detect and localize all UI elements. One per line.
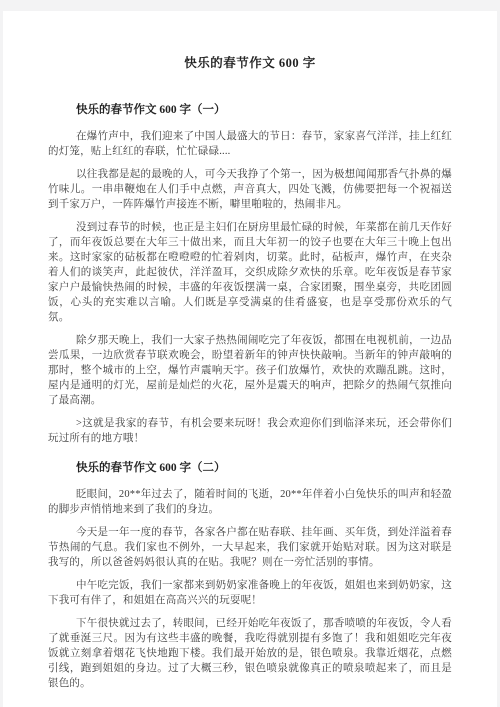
essay-section-two: 快乐的春节作文 600 字（二） 眨眼间，20**年过去了，随着时间的飞逝，20… xyxy=(48,461,452,691)
screenshot-canvas: 快乐的春节作文 600 字 快乐的春节作文 600 字（一） 在爆竹声中，我们迎… xyxy=(0,0,500,707)
paragraph: 眨眼间，20**年过去了，随着时间的飞逝，20**年伴着小白兔快乐的叫声和轻盈的… xyxy=(48,487,452,517)
paragraph: 在爆竹声中，我们迎来了中国人最盛大的节日：春节，家家喜气洋洋，挂上红红的灯笼，贴… xyxy=(48,129,452,159)
section-two-heading: 快乐的春节作文 600 字（二） xyxy=(48,461,452,476)
paragraph: 以往我都是起的最晚的人，可今天我挣了个第一，因为极想闻闻那香气扑鼻的爆竹味儿。一… xyxy=(48,167,452,212)
paragraph: 中午吃完饭，我们一家都来到奶奶家准备晚上的年夜饭，姐姐也来到奶奶家，这下我可有伴… xyxy=(48,578,452,608)
essay-section-one: 快乐的春节作文 600 字（一） 在爆竹声中，我们迎来了中国人最盛大的节日：春节… xyxy=(48,103,452,446)
paragraph: 没到过春节的时候，也正是主妇们在厨房里最忙碌的时候，年菜都在前几天作好了，而年夜… xyxy=(48,220,452,325)
page-title: 快乐的春节作文 600 字 xyxy=(48,55,452,71)
document-page: 快乐的春节作文 600 字 快乐的春节作文 600 字（一） 在爆竹声中，我们迎… xyxy=(3,11,497,707)
paragraph: 今天是一年一度的春节，各家各户都在贴春联、挂年画、买年货，到处洋溢着春节热闹的气… xyxy=(48,525,452,570)
paragraph: 除夕那天晚上，我们一大家子热热闹闹吃完了年夜饭，都围在电视机前，一边品尝瓜果，一… xyxy=(48,333,452,408)
paragraph: 下午很快就过去了，转眼间，已经开始吃年夜饭了，那香喷喷的年夜饭，令人看了就垂涎三… xyxy=(48,616,452,691)
section-divider-space xyxy=(48,454,452,461)
document-content: 快乐的春节作文 600 字 快乐的春节作文 600 字（一） 在爆竹声中，我们迎… xyxy=(3,11,497,691)
paragraph: >这就是我家的春节，有机会要来玩呀！我会欢迎你们到临泽来玩，还会带你们玩过所有的… xyxy=(48,416,452,446)
section-one-heading: 快乐的春节作文 600 字（一） xyxy=(48,103,452,118)
